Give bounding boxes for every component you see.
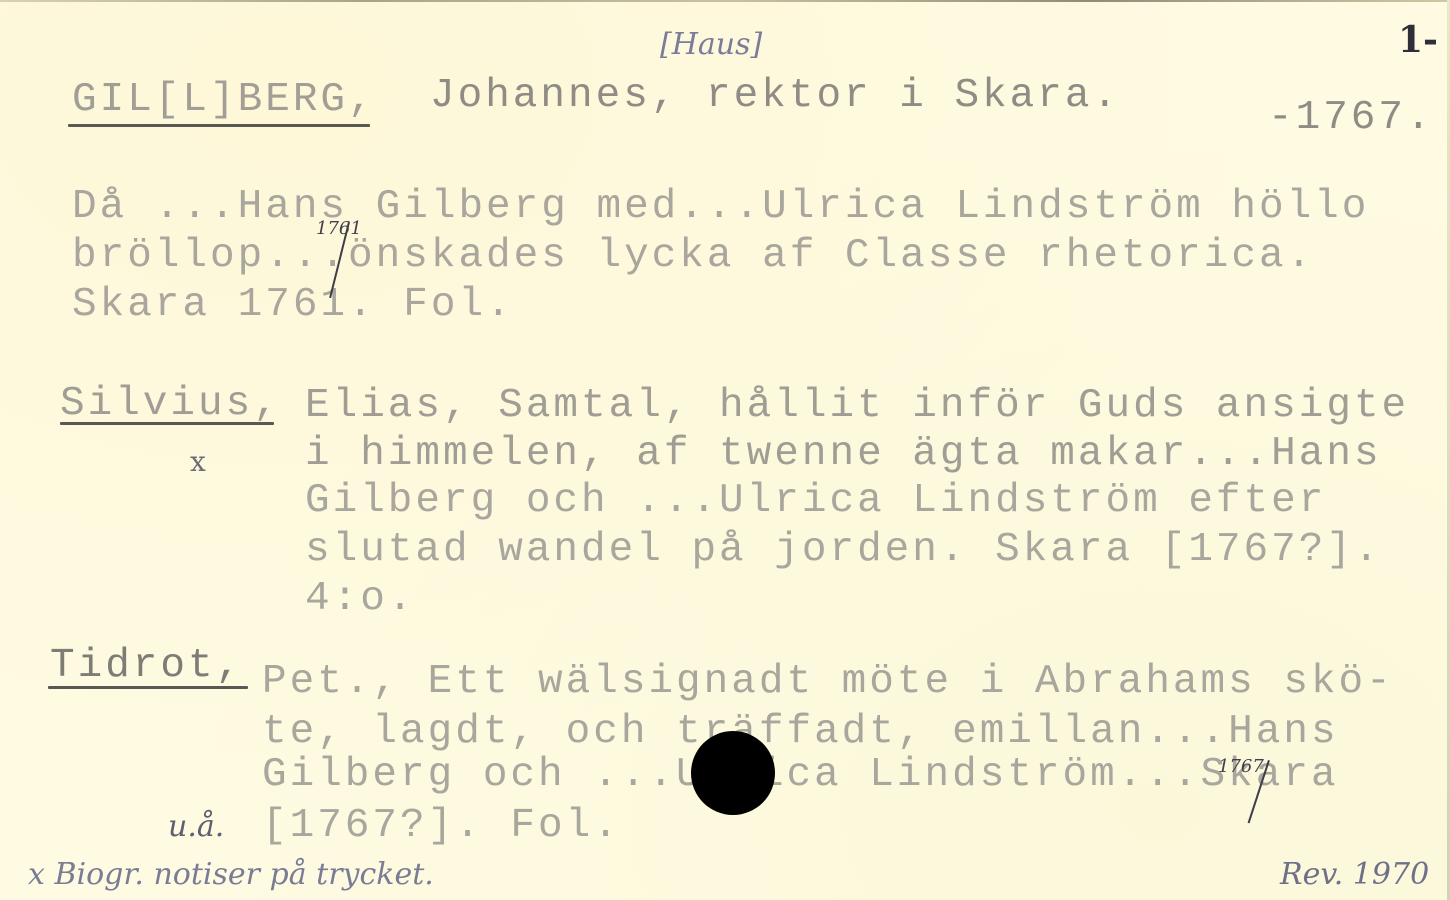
handwritten-header: [Haus] (660, 30, 762, 60)
footer-note: x Biogr. notiser på trycket. (28, 860, 434, 890)
entry-line: Pet., Ett wälsignadt möte i Abrahams skö… (262, 662, 1394, 703)
entry-line: [1767?]. Fol. (262, 806, 621, 847)
main-entry-heading-name: GIL[L]BERG, (72, 80, 376, 121)
entry-author: Silvius, (60, 384, 281, 425)
entry-line: Gilberg och ...Ulrica Lindström efter (305, 481, 1326, 522)
entry-line: i himmelen, af twenne ägta makar...Hans (305, 434, 1382, 475)
death-year: -1767. (1268, 98, 1434, 139)
entry-line: Gilberg och ...Ulrica Lindström...Skara (262, 755, 1339, 796)
year-annotation: 1761 (316, 220, 362, 238)
entry-line: 4:o. (305, 579, 415, 620)
entry-line: te, lagdt, och träffadt, emillan...Hans (262, 712, 1339, 753)
entry-line: Då ...Hans Gilberg med...Ulrica Lindströ… (72, 187, 1369, 228)
author-underline (48, 686, 248, 689)
entry-line: bröllop...önskades lycka af Classe rheto… (72, 236, 1314, 277)
entry-author: Tidrot, (50, 646, 243, 687)
card-top-edge (0, 0, 1450, 2)
entry-line: Skara 1761. Fol. (72, 285, 514, 326)
entry-mark: x (190, 448, 206, 476)
year-annotation: 1767 (1218, 758, 1264, 776)
entry-line: slutad wandel på jorden. Skara [1767?]. (305, 530, 1382, 571)
heading-underline (68, 124, 370, 127)
card-number: 1- (1398, 22, 1438, 58)
punch-hole (691, 731, 775, 815)
catalogue-card: 1- [Haus] GIL[L]BERG, Johannes, rektor i… (0, 0, 1450, 900)
entry-line: Elias, Samtal, hållit inför Guds ansigte (305, 386, 1409, 427)
revision-note: Rev. 1970 (1280, 860, 1429, 890)
main-entry-heading-rest: Johannes, rektor i Skara. (430, 76, 1120, 117)
margin-note: u.å. (168, 812, 224, 842)
author-underline (60, 422, 274, 425)
